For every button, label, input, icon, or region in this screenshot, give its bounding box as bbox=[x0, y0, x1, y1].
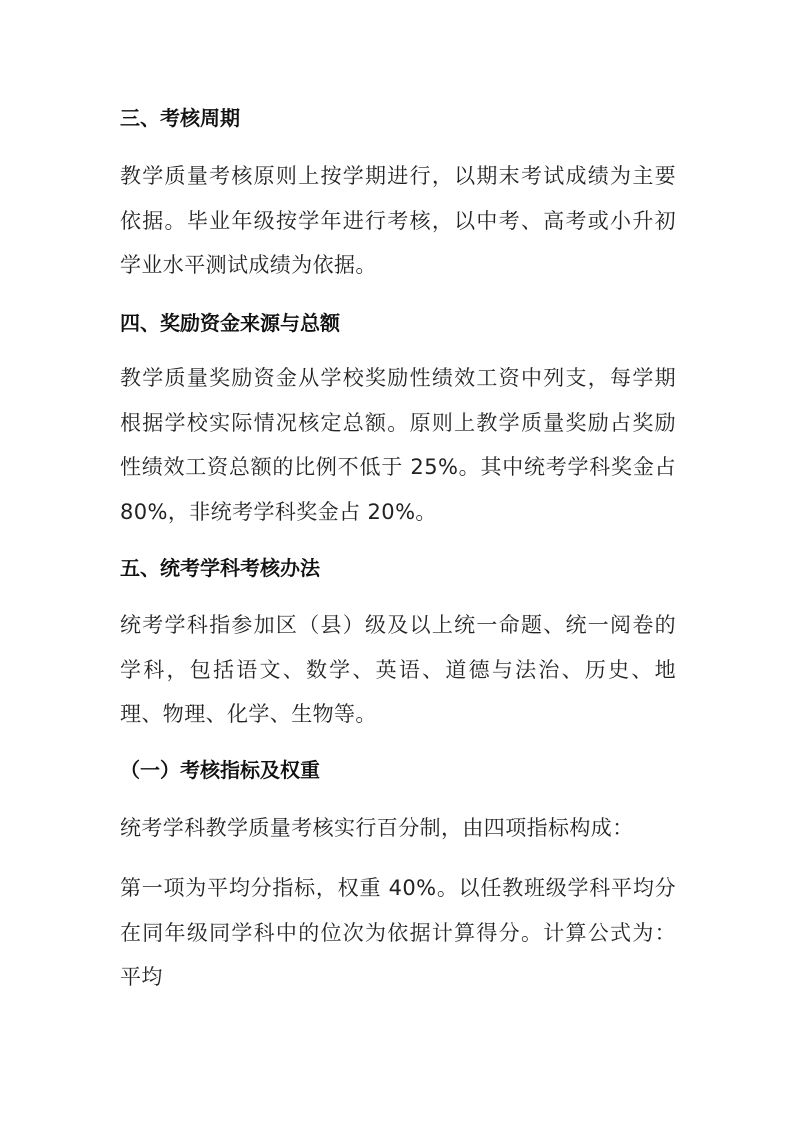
section-heading-unified-exam-subjects: 五、统考学科考核办法 bbox=[120, 555, 320, 581]
section-heading-assessment-cycle: 三、考核周期 bbox=[120, 105, 240, 131]
section-heading-reward-funds: 四、奖励资金来源与总额 bbox=[120, 310, 340, 336]
subsection-heading-indicators-weights: （一）考核指标及权重 bbox=[120, 757, 320, 783]
paragraph-indicators-intro: 统考学科教学质量考核实行百分制，由四项指标构成： bbox=[120, 806, 676, 851]
paragraph-unified-exam-subjects: 统考学科指参加区（县）级及以上统一命题、统一阅卷的学科，包括语文、数学、英语、道… bbox=[120, 603, 676, 737]
paragraph-assessment-cycle: 教学质量考核原则上按学期进行，以期末考试成绩为主要依据。毕业年级按学年进行考核，… bbox=[120, 154, 676, 288]
paragraph-reward-funds: 教学质量奖励资金从学校奖励性绩效工资中列支，每学期根据学校实际情况核定总额。原则… bbox=[120, 356, 676, 534]
paragraph-first-indicator: 第一项为平均分指标，权重 40%。以任教班级学科平均分在同年级同学科中的位次为依… bbox=[120, 866, 676, 1000]
